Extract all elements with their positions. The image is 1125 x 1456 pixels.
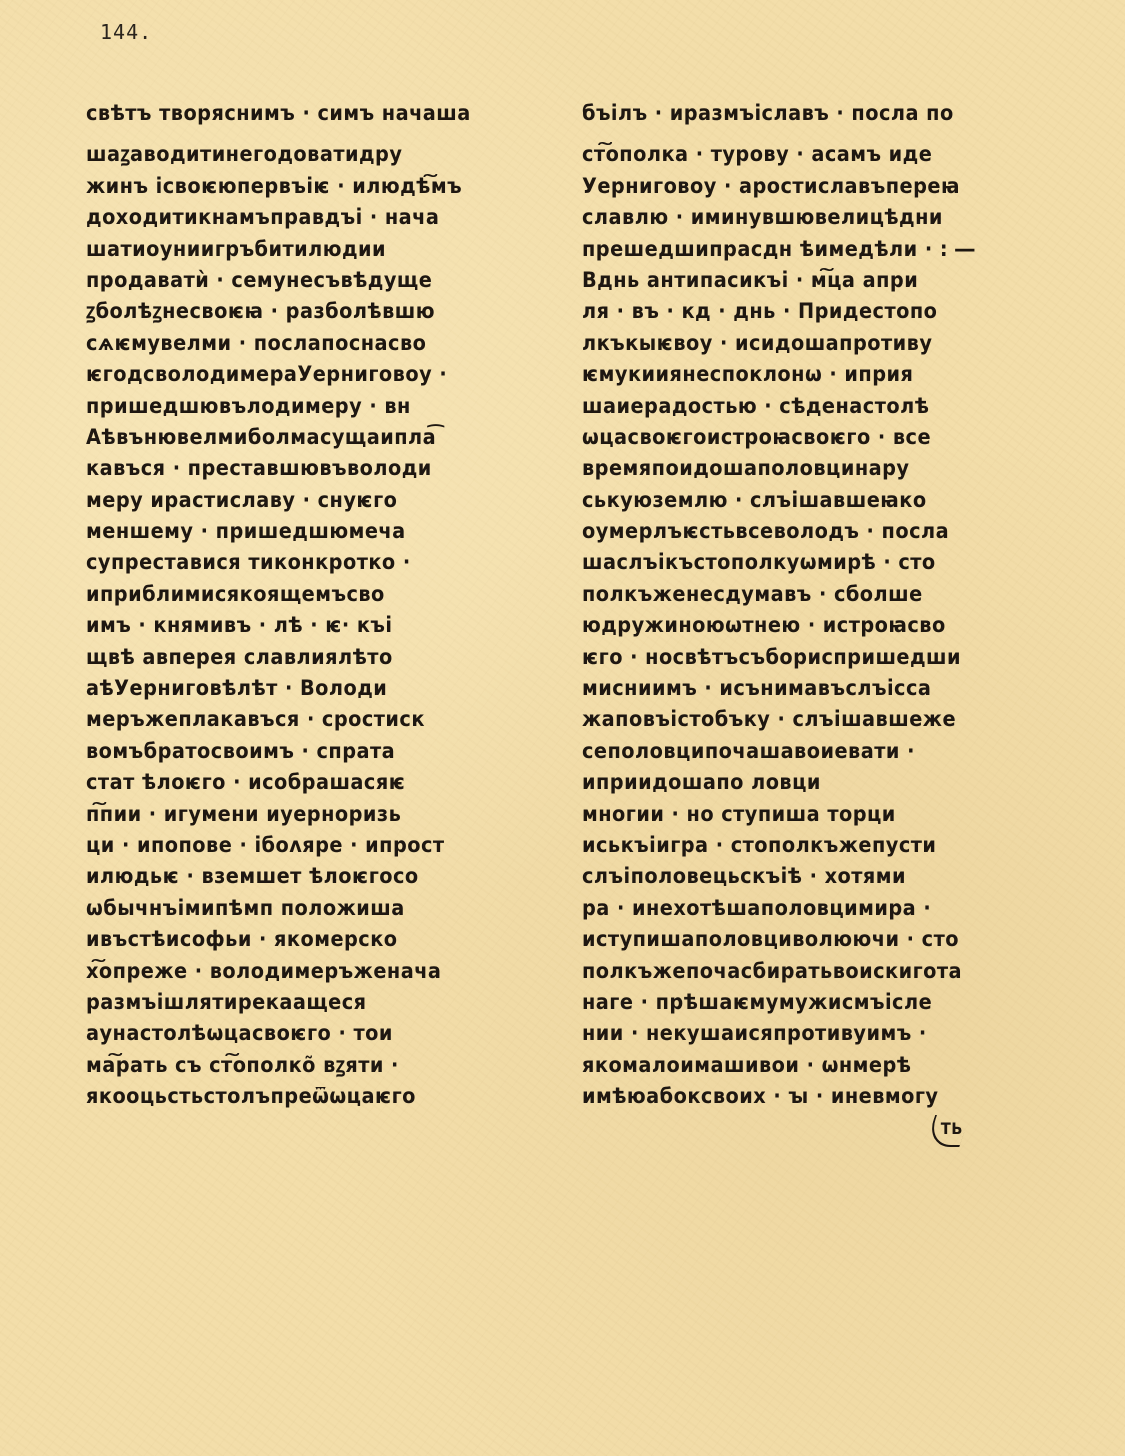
text-line: сѧѥмувелми · послапоснасво [86, 328, 518, 359]
text-line: ст͠ополка · турову · асамъ иде [582, 139, 1024, 170]
text-line: мисниимъ · исънимавъслъісса [582, 673, 1024, 704]
text-line: шаиерадостью · сѣденастолѣ [582, 391, 1024, 422]
text-line: аунастолѣѡцасвоѥго · тои [86, 1018, 518, 1049]
text-line: шаслъікъстополкуѡмирѣ · сто [582, 547, 1024, 578]
text-line: якооцьстьстолъпреѿѡцаѥго [86, 1081, 518, 1112]
text-line: ꙁболѣꙁнесвоѥꙗ · разболѣвшю [86, 296, 518, 327]
text-line: п͠пии · игумени иуерноризь [86, 799, 518, 830]
text-line: оумерлъѥстьвсеволодъ · посла [582, 516, 1024, 547]
text-line: жинъ ісвоѥюпервъіѥ · илюдѣ͠мъ [86, 171, 518, 202]
text-line: стат ѣлоѥго · исобрашасяѥ [86, 767, 518, 798]
text-line: Вднь антипасикъі · м͠ца апри [582, 265, 1024, 296]
text-line: х͠опреже · володимеръженача [86, 956, 518, 987]
text-line: меръжеплакавъся · сростиск [86, 704, 518, 735]
text-line: доходитикнамъправдъі · нача [86, 202, 518, 233]
text-line: Уерниговоу · аростиславъпереꙗ [582, 171, 1024, 202]
catchword-line: ТЬ [582, 1113, 1024, 1144]
text-line: шаꙁаводитинегодоватидру [86, 139, 518, 170]
text-line: иприидошапо ловци [582, 767, 1024, 798]
text-line: жаповъістобъку · слъішавшеже [582, 704, 1024, 735]
text-line: полкъженесдумавъ · сболше [582, 579, 1024, 610]
text-line: нии · некушаисяпротивуимъ · [582, 1018, 1024, 1049]
text-line: супреставися тиконкротко · [86, 547, 518, 578]
text-line: кавъся · преставшювъволоди [86, 453, 518, 484]
text-line: аѣУерниговѣлѣт · Володи [86, 673, 518, 704]
text-line: иступишаполовциволюючи · сто [582, 924, 1024, 955]
text-line: ра · инехотѣшаполовцимира · [582, 893, 1024, 924]
text-line: пришедшювълодимеру · вн [86, 391, 518, 422]
text-line: лкъкыѥвоу · исидошапротиву [582, 328, 1024, 359]
text-line: наге · прѣшаѥмумужисмъісле [582, 987, 1024, 1018]
page-number: 144. [100, 20, 152, 44]
text-line: многии · но ступиша торци [582, 799, 1024, 830]
text-line: якомалоимашивои · ѡнмерѣ [582, 1050, 1024, 1081]
catchword-hook-mark [924, 1115, 970, 1147]
text-line: ѥго · носвѣтъсъбориспришедши [582, 642, 1024, 673]
text-line: бъілъ · иразмъіславъ · посла по [582, 98, 1024, 129]
right-text-column: бъілъ · иразмъіславъ · посла по ст͠ополк… [582, 98, 1062, 1144]
text-line: щвѣ авперея славлиялѣто [86, 642, 518, 673]
text-line: илюдьѥ · вземшет ѣлоѥгосо [86, 861, 518, 892]
text-line: славлю · иминувшювелицѣдни [582, 202, 1024, 233]
text-line: сеполовципочашавоиевати · [582, 736, 1024, 767]
text-line: ци · ипопове · ібоᴧяре · ипрост [86, 830, 518, 861]
text-line: размъішлятирекаащеся [86, 987, 518, 1018]
text-line: ма͠рать съ ст͠ополко̃ вꙁяти · [86, 1050, 518, 1081]
text-line: имѣюабоксвоих · ꙑ · иневмогу [582, 1081, 1024, 1112]
text-line: ля · въ · кд · днь · Придестопо [582, 296, 1024, 327]
text-line: шатиоуниигръбитилюдии [86, 234, 518, 265]
text-line: меншему · пришедшюмеча [86, 516, 518, 547]
text-line: Аѣвънювелмиболмасущаипла͡ [86, 422, 518, 453]
text-line: иськъіигра · стополкъжепусти [582, 830, 1024, 861]
text-line: ивъстѣисофьи · якомерско [86, 924, 518, 955]
text-line: ѡцасвоѥгоистроꙗсвоѥго · все [582, 422, 1024, 453]
text-line: полкъжепочасбиратьвоискигота [582, 956, 1024, 987]
text-line: ѡбычнъімипѣмп положиша [86, 893, 518, 924]
text-line: прешедшипрасдн ѣимедѣли · : ― [582, 234, 1024, 265]
text-line: имъ · княмивъ · лѣ · ѥ· къі [86, 610, 518, 641]
text-line: слъіполовецьскъіѣ · хотями [582, 861, 1024, 892]
text-line: вомъбратосвоимъ · спрата [86, 736, 518, 767]
text-line: ѥгодсволодимераУерниговоу · [86, 359, 518, 390]
text-line: времяпоидошаполовцинару [582, 453, 1024, 484]
text-line: юдружиноюѡтнею · истроꙗсво [582, 610, 1024, 641]
text-line: иприблимисякоящемъсво [86, 579, 518, 610]
left-text-column: свѣтъ творяснимъ · симъ начаша шаꙁаводит… [86, 98, 556, 1113]
text-line: свѣтъ творяснимъ · симъ начаша [86, 98, 518, 129]
text-line: продаватѝ · семунесъвѣдуще [86, 265, 518, 296]
text-line: ськуюземлю · слъішавшеꙗко [582, 485, 1024, 516]
text-line: ѥмукииянеспоклонѡ · иприя [582, 359, 1024, 390]
text-line: меру ирастиславу · снуѥго [86, 485, 518, 516]
